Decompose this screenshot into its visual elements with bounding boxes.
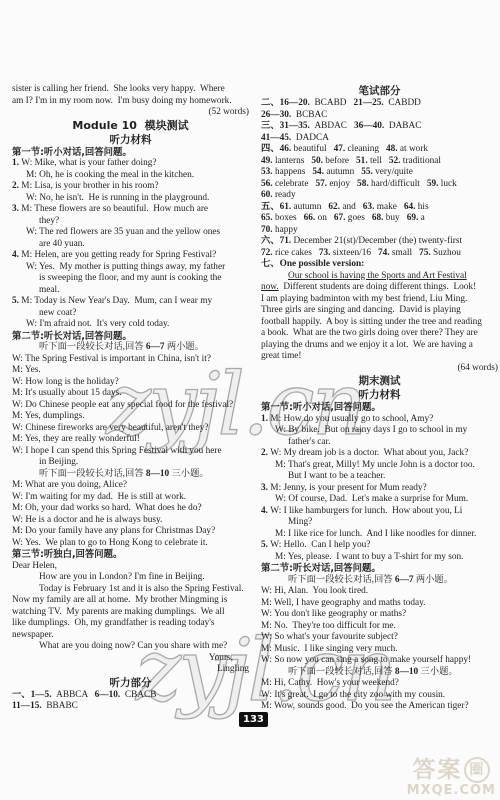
- text-line: 听力部分: [12, 676, 249, 690]
- text-line: 1. M: How do you usually go to school, A…: [261, 414, 498, 426]
- text-line: 65. boxes 66. on 67. goes 68. buy 69. a: [261, 213, 498, 225]
- text-line: new coat?: [12, 308, 249, 320]
- text-line: M: Yes, dumplings.: [12, 411, 249, 423]
- text-line: Yours,: [12, 653, 249, 665]
- text-line: a book. What are the two girls doing ove…: [261, 328, 498, 340]
- text-line: W: I hope I can spend this Spring Festiv…: [12, 446, 249, 458]
- text-line: sister is calling her friend. She looks …: [12, 84, 249, 96]
- text-line: W: The red flowers are 35 yuan and the y…: [12, 227, 249, 239]
- text-line: M: That's great, Milly! My uncle John is…: [261, 460, 498, 472]
- text-line: Module 10 模块测试: [12, 119, 249, 133]
- text-line: playing the drums and we enjoy it a lot.…: [261, 340, 498, 352]
- text-line: Dear Helen,: [12, 561, 249, 573]
- text-line: W: The Spring Festival is important in C…: [12, 354, 249, 366]
- text-line: 26—30. BCBAC: [261, 110, 498, 122]
- text-line: 3. M: Jenny, is your present for Mum rea…: [261, 483, 498, 495]
- text-line: 笔试部分: [261, 84, 498, 98]
- page-number-badge: 133: [239, 712, 268, 727]
- text-line: 听下面一段较长对话,回答 6—7 两小题。: [261, 575, 498, 587]
- site-logo: 答案 圈 MXQE.COM: [407, 757, 496, 798]
- text-line: 3. M: These flowers are so beautiful. Ho…: [12, 204, 249, 216]
- text-line: 七、One possible version:: [261, 259, 498, 271]
- text-line: W: It's great. I go to the city zoo with…: [261, 690, 498, 702]
- text-line: 5. M: Today is New Year's Day. Mum, can …: [12, 296, 249, 308]
- text-line: M: Hi, Cathy. How's your weekend?: [261, 678, 498, 690]
- text-line: Our school is having the Sports and Art …: [261, 271, 498, 283]
- text-line: 60. ready: [261, 190, 498, 202]
- text-line: 三、31—35. ABDAC 36—40. DABAC: [261, 121, 498, 133]
- text-line: 70. happy: [261, 225, 498, 237]
- text-line: W: Yes. We plan to go to Hong Kong to ce…: [12, 538, 249, 550]
- text-line: 听力材料: [261, 388, 498, 402]
- text-line: M: Do your family have any plans for Chr…: [12, 526, 249, 538]
- text-line: is sweeping the floor, and my aunt is co…: [12, 273, 249, 285]
- text-line: 二、16—20. BCABD 21—25. CABDD: [261, 98, 498, 110]
- text-line: Now my family are all at home. My brothe…: [12, 595, 249, 607]
- text-line: I am playing badminton with my best frie…: [261, 294, 498, 306]
- text-line: 2. M: Lisa, is your brother in his room?: [12, 181, 249, 193]
- text-line: Lingling: [12, 664, 249, 676]
- text-line: like dumplings. Oh, my grandfather is re…: [12, 618, 249, 630]
- text-line: 4. W: I like hamburgers for lunch. How a…: [261, 506, 498, 518]
- text-line: are 40 yuan.: [12, 239, 249, 251]
- text-line: 六、71. December 21(st)/December (the) twe…: [261, 236, 498, 248]
- text-line: 一、1—5. ABBCA 6—10. CBACB: [12, 690, 249, 702]
- text-line: 5. W: Hello. Can I help you?: [261, 540, 498, 552]
- text-line: W: You don't like geography or maths?: [261, 609, 498, 621]
- text-line: 53. happens 54. autumn 55. very/quite: [261, 167, 498, 179]
- text-line: W: Hi, Alan. You look tired.: [261, 586, 498, 598]
- text-line: 11—15. BBABC: [12, 701, 249, 713]
- text-line: M: Well, I have geography and maths toda…: [261, 598, 498, 610]
- site-logo-text: 答案: [412, 758, 462, 782]
- text-line: now. Different students are doing differ…: [261, 282, 498, 294]
- text-line: W: No, he isn't. He is running in the pl…: [12, 193, 249, 205]
- site-logo-circle-icon: 圈: [464, 757, 490, 783]
- text-line: 期末测试: [261, 374, 498, 388]
- text-line: M: No. They're too difficult for me.: [261, 621, 498, 633]
- site-logo-wordmark: 答案 圈: [407, 757, 496, 783]
- text-line: M: Oh, your dad works so hard. What does…: [12, 503, 249, 515]
- text-line: 49. lanterns 50. before 51. tell 52. tra…: [261, 156, 498, 168]
- text-line: Today is February 1st and it is also the…: [12, 584, 249, 596]
- text-line: 41—45. DADCA: [261, 133, 498, 145]
- text-line: W: I'm waiting for my dad. He is still a…: [12, 492, 249, 504]
- text-line: 第一节:听小对话,回答问题。: [261, 402, 498, 414]
- text-line: 五、61. autumn 62. and 63. make 64. his: [261, 202, 498, 214]
- text-line: football happily. A boy is sitting under…: [261, 317, 498, 329]
- text-line: W: So now you can sing a song to make yo…: [261, 655, 498, 667]
- text-line: W: Of course, Dad. Let's make a surprise…: [261, 494, 498, 506]
- text-line: W: Yes. My mother is putting things away…: [12, 262, 249, 274]
- text-line: W: Do Chinese people eat any special foo…: [12, 400, 249, 412]
- text-line: meal.: [12, 285, 249, 297]
- text-line: W: I'm afraid not. It's very cold today.: [12, 319, 249, 331]
- text-line: 听下面一段较长对话,回答 6—7 两小题。: [12, 342, 249, 354]
- text-line: W: So what's your favourite subject?: [261, 632, 498, 644]
- text-line: in Beijing.: [12, 457, 249, 469]
- text-line: watching TV. My parents are making dumpl…: [12, 607, 249, 619]
- text-line: M: Yes.: [12, 365, 249, 377]
- text-line: 四、46. beautiful 47. cleaning 48. at work: [261, 144, 498, 156]
- text-line: 听下面一段较长对话,回答 8—10 三小题。: [261, 667, 498, 679]
- text-line: am I? I'm in my room now. I'm busy doing…: [12, 96, 249, 108]
- text-line: 第一节:听小对话,回答问题。: [12, 147, 249, 159]
- text-line: M: What are you doing, Alice?: [12, 480, 249, 492]
- site-logo-domain: MXQE.COM: [407, 783, 496, 798]
- text-line: M: It's usually about 15 days.: [12, 388, 249, 400]
- text-line: 1. W: Mike, what is your father doing?: [12, 158, 249, 170]
- text-line: 56. celebrate 57. enjoy 58. hard/difficu…: [261, 179, 498, 191]
- text-line: But I want to be a teacher.: [261, 471, 498, 483]
- text-line: 听下面一段较长对话,回答 8—10 三小题。: [12, 469, 249, 481]
- left-column: sister is calling her friend. She looks …: [12, 84, 249, 713]
- text-line: M: I like rice for lunch. And I like noo…: [261, 529, 498, 541]
- text-line: Ming?: [261, 517, 498, 529]
- text-line: they?: [12, 216, 249, 228]
- text-line: M: Oh, he is cooking the meal in the kit…: [12, 170, 249, 182]
- text-line: W: Chinese fireworks are very beautiful,…: [12, 423, 249, 435]
- text-line: father's car.: [261, 437, 498, 449]
- text-line: How are you in London? I'm fine in Beiji…: [12, 572, 249, 584]
- right-column: 笔试部分二、16—20. BCABD 21—25. CABDD26—30. BC…: [261, 84, 498, 713]
- text-line: Three girls are singing and dancing. Dav…: [261, 305, 498, 317]
- text-line: M: Wow, sounds good. Do you see the Amer…: [261, 701, 498, 713]
- text-line: 4. M: Helen, are you getting ready for S…: [12, 250, 249, 262]
- text-line: (52 words): [12, 107, 249, 119]
- text-line: W: How long is the holiday?: [12, 377, 249, 389]
- text-line: What are you doing now? Can you share wi…: [12, 641, 249, 653]
- text-line: great time!: [261, 351, 498, 363]
- text-line: 2. W: My dream job is a doctor. What abo…: [261, 448, 498, 460]
- text-line: newspaper.: [12, 630, 249, 642]
- text-line: (64 words): [261, 363, 498, 375]
- text-line: M: Yes, please. I want to buy a T-shirt …: [261, 552, 498, 564]
- answer-key-page: zyjl.cn zyjl.cn sister is calling her fr…: [0, 0, 500, 800]
- text-line: M: Yes, they are really wonderful!: [12, 434, 249, 446]
- text-line: 第三节:听独白,回答问题。: [12, 549, 249, 561]
- text-line: 听力材料: [12, 133, 249, 147]
- text-line: M: Music. I like singing very much.: [261, 644, 498, 656]
- text-line: 第二节:听长对话,回答问题。: [12, 331, 249, 343]
- text-line: W: By bike. But on rainy days I go to sc…: [261, 425, 498, 437]
- text-line: W: He is a doctor and he is always busy.: [12, 515, 249, 527]
- text-line: 第二节:听长对话,回答问题。: [261, 563, 498, 575]
- text-line: 72. rice cakes 73. sixteen/16 74. small …: [261, 248, 498, 260]
